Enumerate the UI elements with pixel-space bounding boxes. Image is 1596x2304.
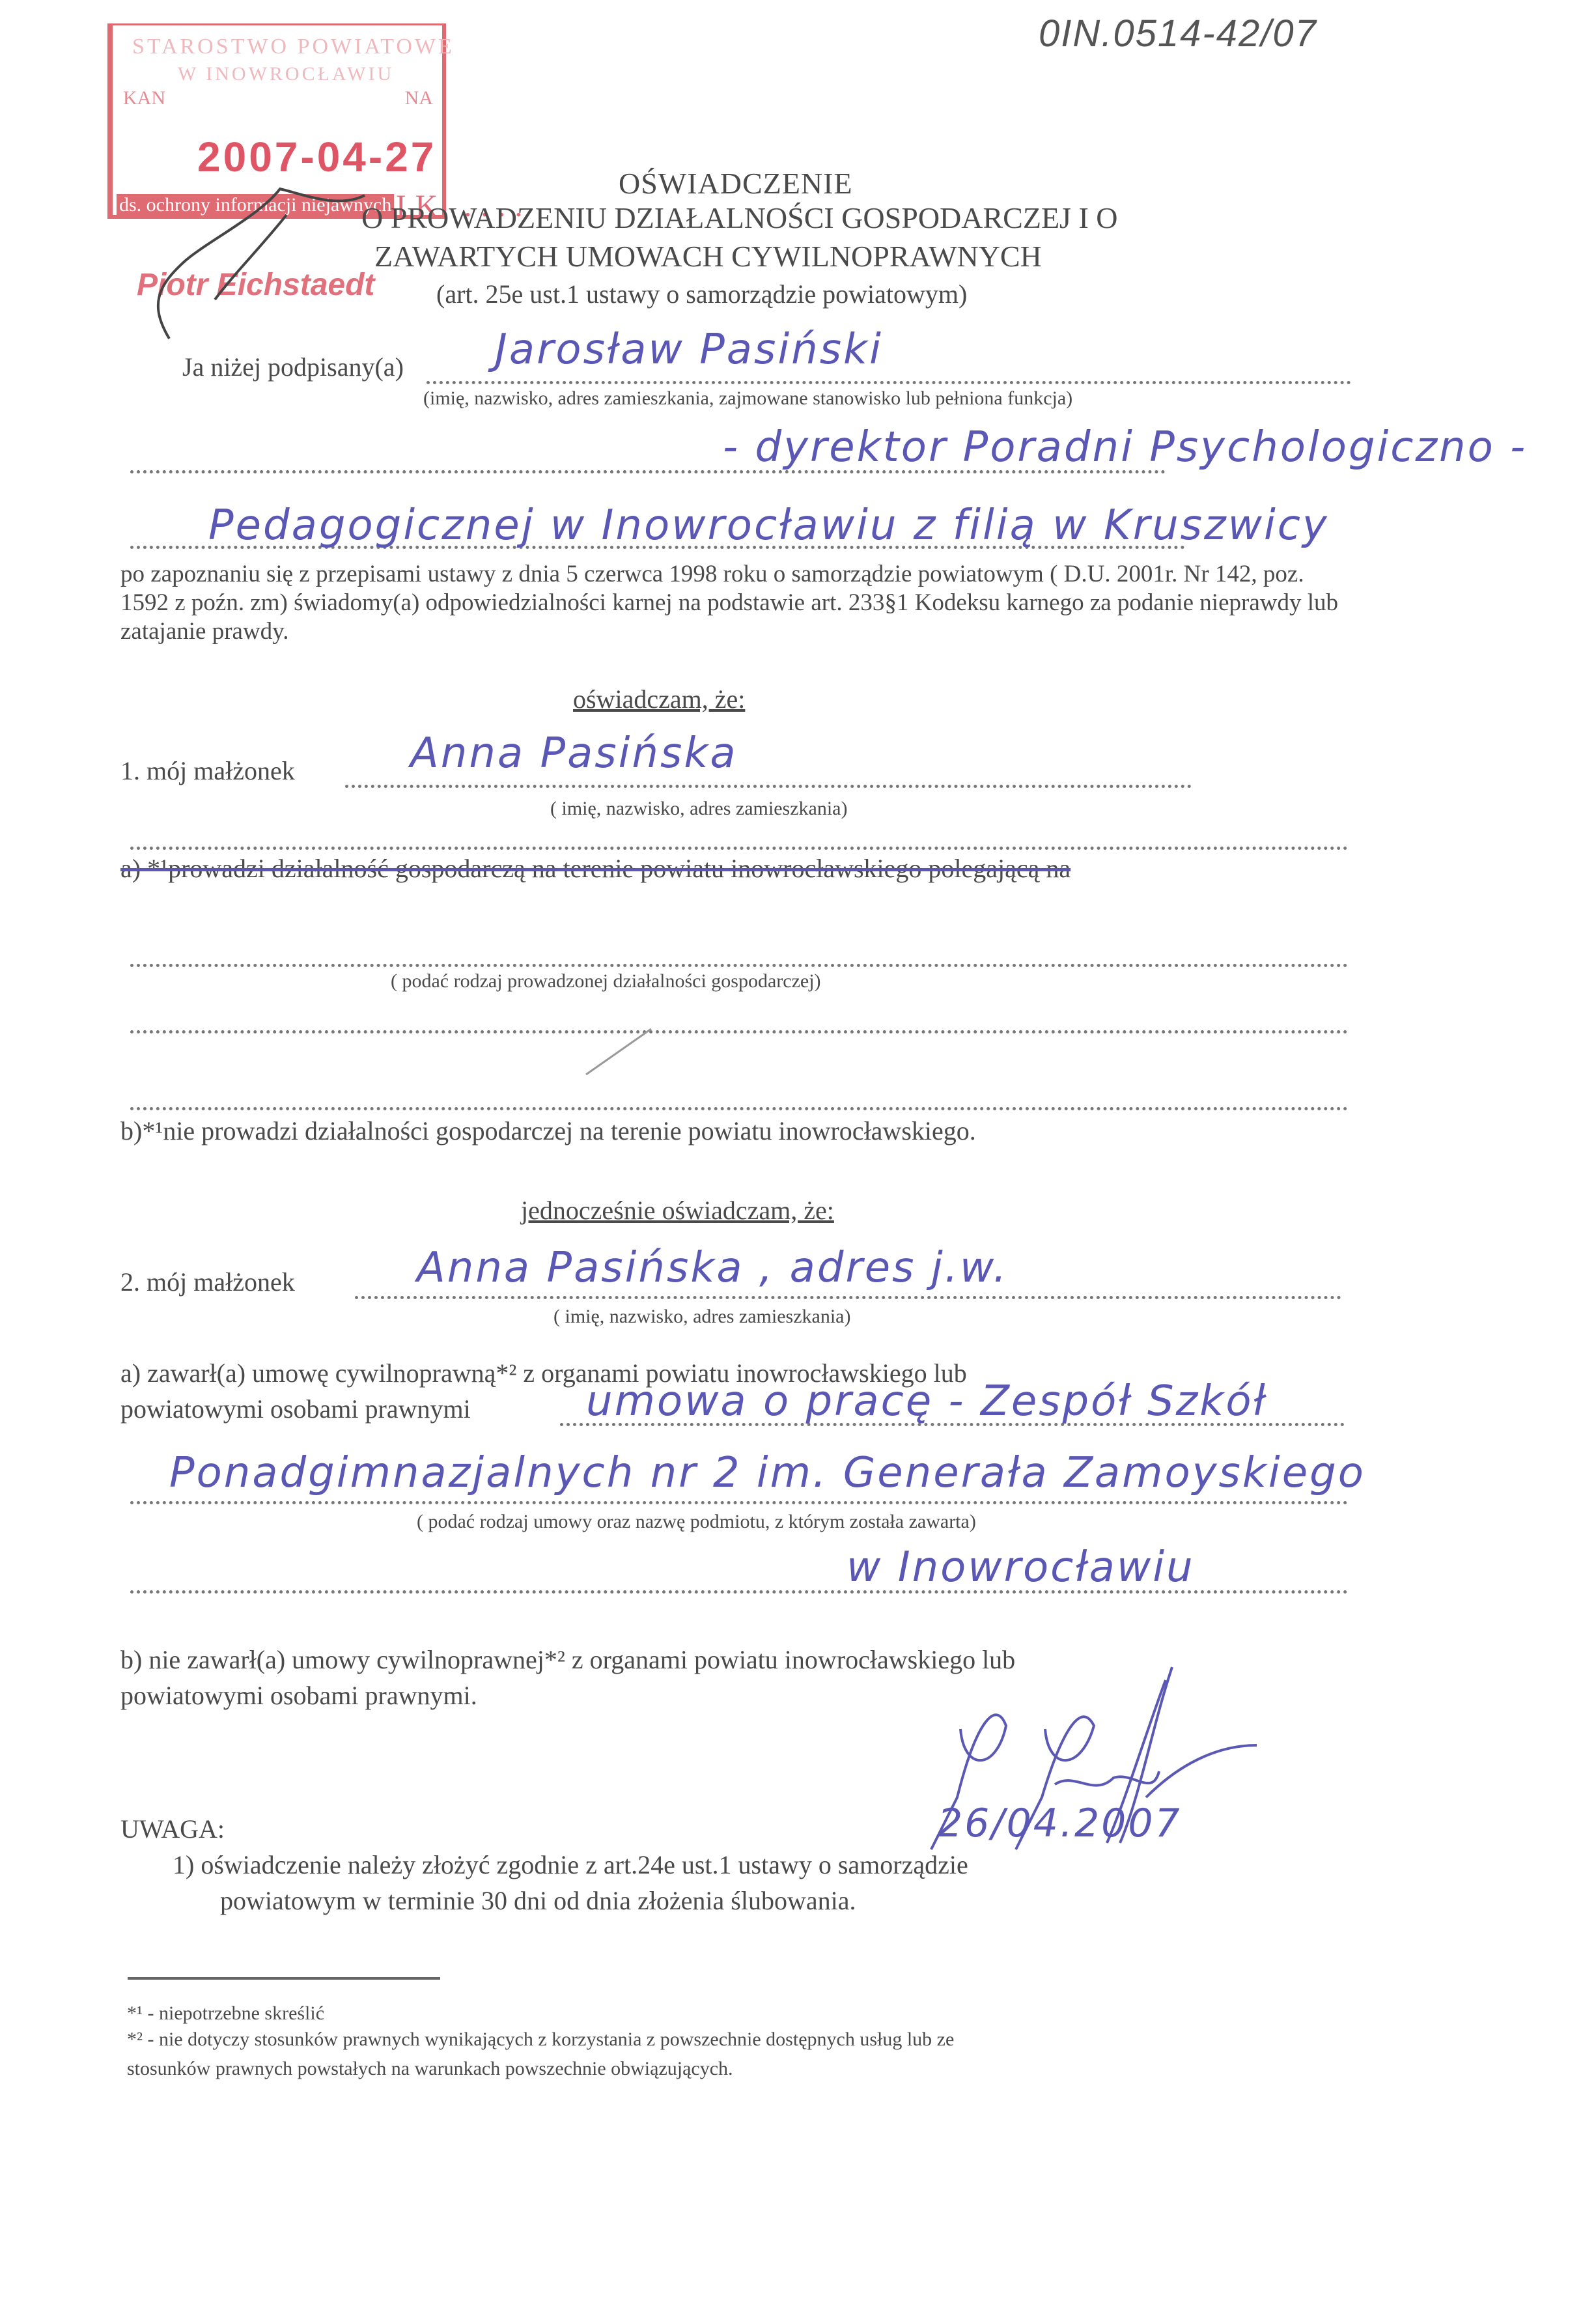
section1-spouse-label: 1. mój małżonek <box>120 755 295 786</box>
section1-spouse-line <box>345 785 1192 788</box>
intro-text: po zapoznaniu się z przepisami ustawy z … <box>120 560 1338 646</box>
section1-activity-line-1 <box>130 964 1348 967</box>
reference-number: 0IN.0514-42/07 <box>1039 12 1317 55</box>
stamp-subtitle: ds. ochrony informacji niejawnych <box>117 194 394 216</box>
document-subtitle-2: ZAWARTYCH UMOWACH CYWILNOPRAWNYCH <box>374 239 1042 274</box>
section1-blank-line <box>130 847 1348 850</box>
section1-activity-hint: ( podać rodzaj prowadzonej działalności … <box>391 970 821 992</box>
section2-option-b-line-1: b) nie zawarł(a) umowy cywilnoprawnej*² … <box>120 1644 1015 1675</box>
section2-heading: jednocześnie oświadczam, że: <box>521 1195 834 1226</box>
section2-contract-handwritten-1: umowa o pracę - Zespół Szkół <box>586 1377 1267 1426</box>
note-heading: UWAGA: <box>120 1814 225 1844</box>
section1-spouse-hint: ( imię, nazwisko, adres zamieszkania) <box>550 798 847 820</box>
document-subtitle-1: O PROWADZENIU DZIAŁALNOŚCI GOSPODARCZEJ … <box>361 201 1117 235</box>
section1-activity-line-2 <box>130 1030 1348 1033</box>
note-item-1-line-2: powiatowym w terminie 30 dni od dnia zło… <box>220 1885 856 1916</box>
section2-contract-hint: ( podać rodzaj umowy oraz nazwę podmiotu… <box>417 1511 976 1533</box>
section2-spouse-hint: ( imię, nazwisko, adres zamieszkania) <box>553 1306 850 1328</box>
stamp-line-2: W INOWROCŁAWIU <box>178 63 394 85</box>
section1-heading: oświadczam, że: <box>573 684 745 714</box>
section1-activity-line-3 <box>130 1107 1348 1110</box>
stamp-date: 2007-04-27 <box>197 133 436 181</box>
declarant-name-line <box>427 381 1351 384</box>
note-item-1-line-1: 1) oświadczenie należy złożyć zgodnie z … <box>173 1849 968 1880</box>
stamp-right-label: NA <box>405 87 433 109</box>
declarant-hint: (imię, nazwisko, adres zamieszkania, zaj… <box>423 387 1072 410</box>
section2-option-a-line-2: powiatowymi osobami prawnymi <box>120 1394 471 1424</box>
section1-option-a: a) *¹prowadzi działalność gospodarczą na… <box>120 853 1071 884</box>
section2-spouse-line <box>355 1296 1341 1299</box>
footnote-2-line-1: *² - nie dotyczy stosunków prawnych wyni… <box>127 2029 954 2051</box>
stamp-left-label: KAN <box>123 87 165 109</box>
section2-contract-line-2 <box>130 1501 1348 1504</box>
section1-spouse-handwritten: Anna Pasińska <box>410 729 738 778</box>
legal-basis: (art. 25e ust.1 ustawy o samorządzie pow… <box>436 279 967 309</box>
footnote-divider <box>128 1977 440 1980</box>
registry-stamp: STAROSTWO POWIATOWE W INOWROCŁAWIU KAN N… <box>107 23 446 219</box>
footnote-2-line-2: stosunków prawnych powstałych na warunka… <box>127 2058 733 2080</box>
document-title: OŚWIADCZENIE <box>619 166 853 201</box>
declarant-function-1: - dyrektor Poradni Psychologiczno - <box>723 423 1527 471</box>
signature-date: 26/04.2007 <box>938 1801 1182 1846</box>
stamp-name: Piotr Eichstaedt <box>137 267 374 303</box>
section2-spouse-label: 2. mój małżonek <box>120 1267 295 1297</box>
declarant-function-2: Pedagogicznej w Inowrocławiu z filią w K… <box>208 501 1329 550</box>
section2-spouse-handwritten: Anna Pasińska , adres j.w. <box>417 1244 1009 1292</box>
declarant-name-handwritten: Jarosław Pasiński <box>495 326 883 374</box>
section2-contract-handwritten-3: w Inowrocławiu <box>847 1543 1195 1592</box>
section2-option-b-line-2: powiatowymi osobami prawnymi. <box>120 1680 477 1711</box>
stamp-line-1: STAROSTWO POWIATOWE <box>132 35 455 59</box>
section1-option-b: b)*¹nie prowadzi działalności gospodarcz… <box>120 1116 976 1146</box>
footnote-1: *¹ - niepotrzebne skreślić <box>127 2002 324 2025</box>
section2-contract-handwritten-2: Ponadgimnazjalnych nr 2 im. Generała Zam… <box>169 1449 1365 1497</box>
declarant-label: Ja niżej podpisany(a) <box>182 352 404 382</box>
